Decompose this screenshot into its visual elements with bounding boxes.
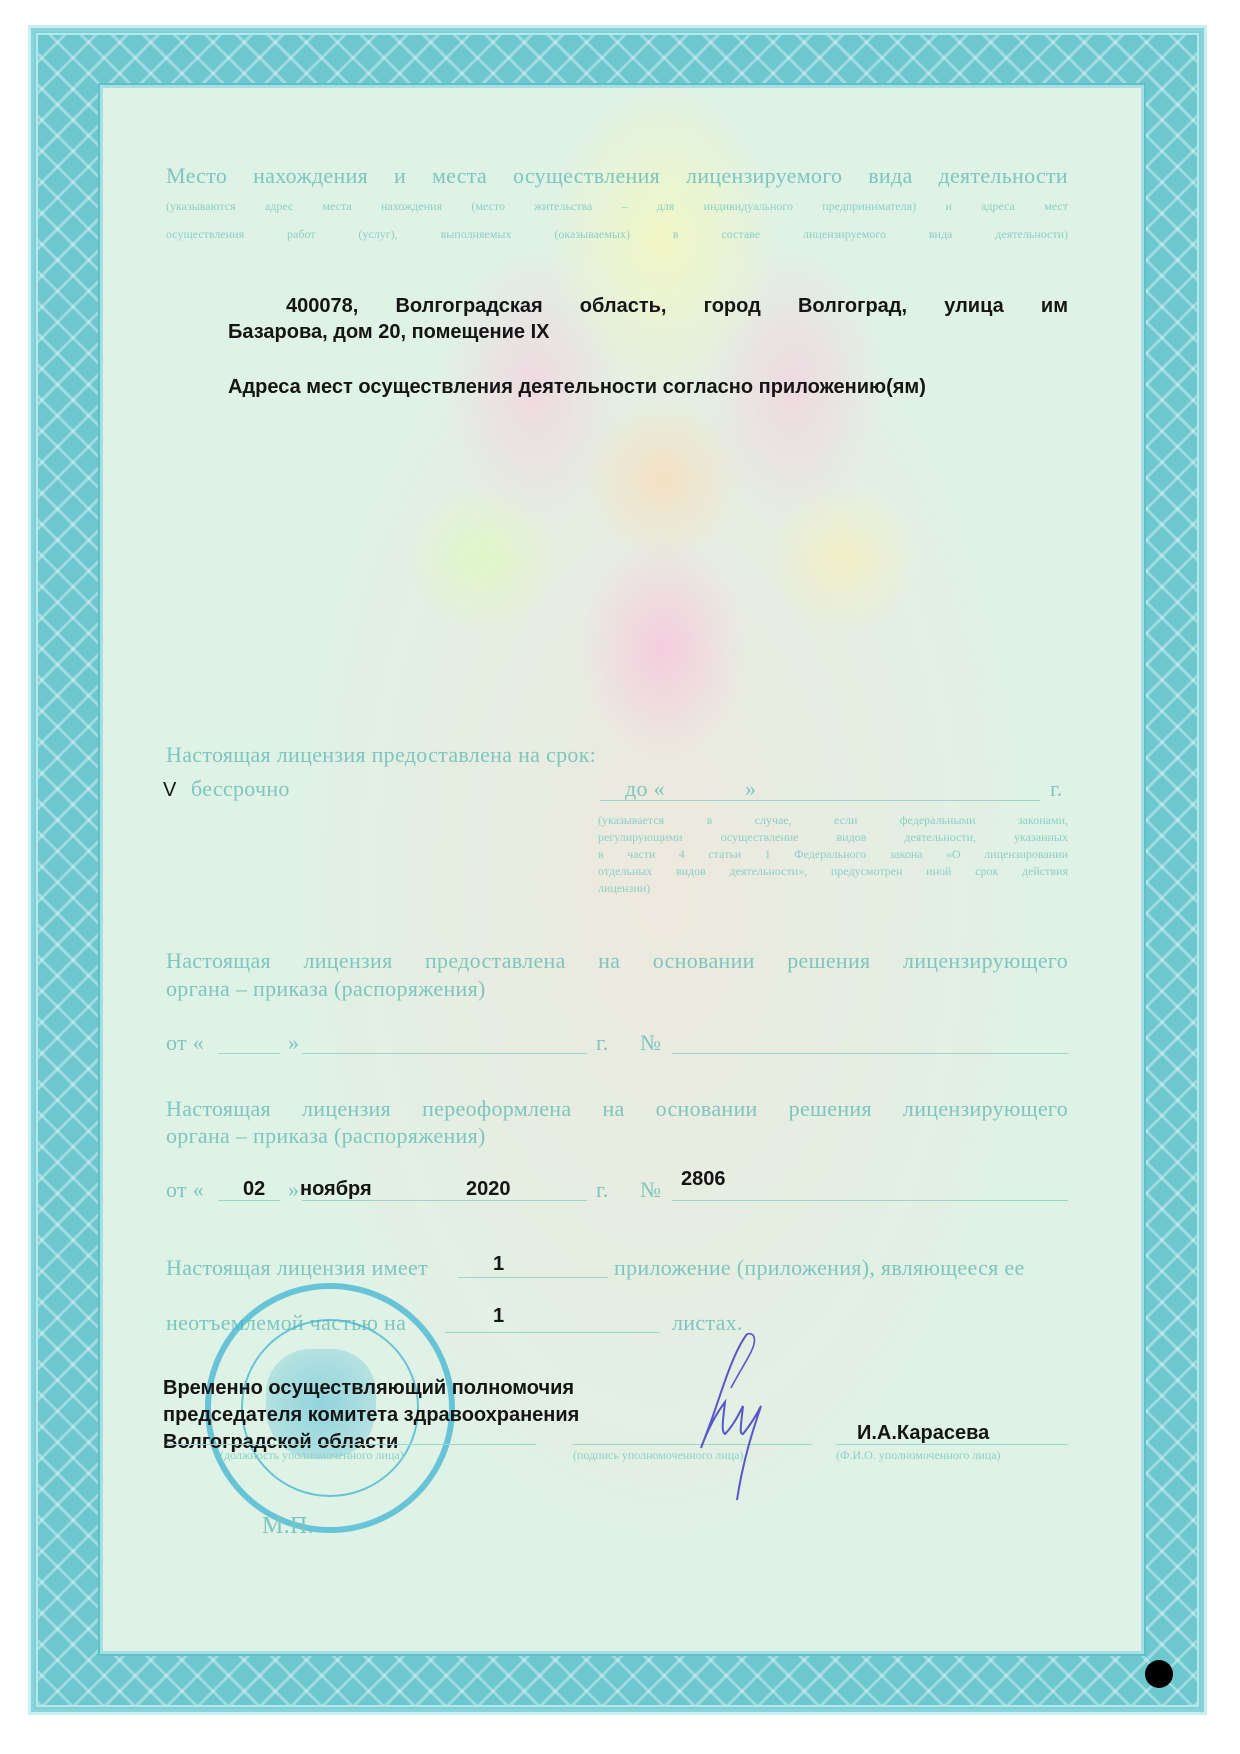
sheets-count: 1 [493,1305,504,1328]
granted-number-line [672,1053,1068,1054]
term-note-4: отдельных видов деятельности», предусмот… [598,864,1068,879]
punch-hole-dot [1145,1660,1173,1688]
term-until-mid: » [745,776,756,802]
address-line-1: 400078, Волгоградская область, город Вол… [286,295,1068,318]
heading-note-1: (указываются адрес места нахождения (мес… [166,199,1068,214]
granted-number-label: № [640,1030,661,1056]
granted-date-from: от « [166,1030,204,1056]
reissued-month-line [302,1200,587,1201]
granted-year-suffix: г. [596,1030,609,1056]
reissued-day-line [218,1200,280,1201]
appendix-suffix: приложение (приложения), являющееся ее [614,1255,1025,1281]
reissued-basis-line-2: органа – приказа (распоряжения) [166,1123,486,1149]
appendix-count: 1 [493,1253,504,1276]
reissued-year-suffix: г. [596,1177,609,1203]
stamp-place-label: М.П. [262,1513,314,1540]
signature-line [572,1444,812,1445]
term-until-suffix: г. [1050,776,1063,802]
reissue-number: 2806 [681,1168,726,1191]
signatory-position-line-2: председателя комитета здравоохранения [163,1404,579,1427]
signatory-position-line-1: Временно осуществляющий полномочия [163,1377,574,1400]
reissued-date-from: от « [166,1177,204,1203]
granted-date-close: » [288,1030,299,1056]
granted-day-line [218,1053,280,1054]
term-note-2: регулирующими осуществление видов деятел… [598,830,1068,845]
term-until-line [600,800,1040,801]
reissue-year: 2020 [466,1178,511,1201]
reissued-number-line [672,1200,1068,1201]
address-note: Адреса мест осуществления деятельности с… [228,376,926,399]
reissue-month: ноября [300,1178,372,1201]
granted-basis-line-2: органа – приказа (распоряжения) [166,976,486,1002]
perpetual-checkmark: V [163,779,176,802]
address-line-2: Базарова, дом 20, помещение IX [228,321,550,344]
term-note-1: (указывается в случае, если федеральными… [598,813,1068,828]
reissued-basis-line-1: Настоящая лицензия переоформлена на осно… [166,1096,1068,1122]
appendix-prefix: Настоящая лицензия имеет [166,1255,428,1281]
granted-month-line [302,1053,587,1054]
reissue-day: 02 [243,1178,265,1201]
label-name: (Ф.И.О. уполномоченного лица) [836,1448,1001,1463]
section-heading: Место нахождения и места осуществления л… [166,163,1068,189]
term-perpetual-label: бессрочно [191,776,290,802]
granted-basis-line-1: Настоящая лицензия предоставлена на осно… [166,948,1068,974]
sheets-count-line [445,1332,660,1333]
reissued-number-label: № [640,1177,661,1203]
signatory-name: И.А.Карасева [857,1422,989,1445]
term-note-5: лицензии) [598,881,650,896]
label-position: (должность уполномоченного лица) [220,1448,404,1463]
term-note-3: в части 4 статьи 1 Федерального закона «… [598,847,1068,862]
position-line [166,1444,536,1445]
heading-note-2: осуществления работ (услуг), выполняемых… [166,227,1068,242]
appendix-count-line [458,1277,608,1278]
handwritten-signature [695,1330,775,1505]
term-title: Настоящая лицензия предоставлена на срок… [166,742,596,768]
term-until-prefix: до « [625,776,665,802]
reissued-date-close: » [288,1177,299,1203]
